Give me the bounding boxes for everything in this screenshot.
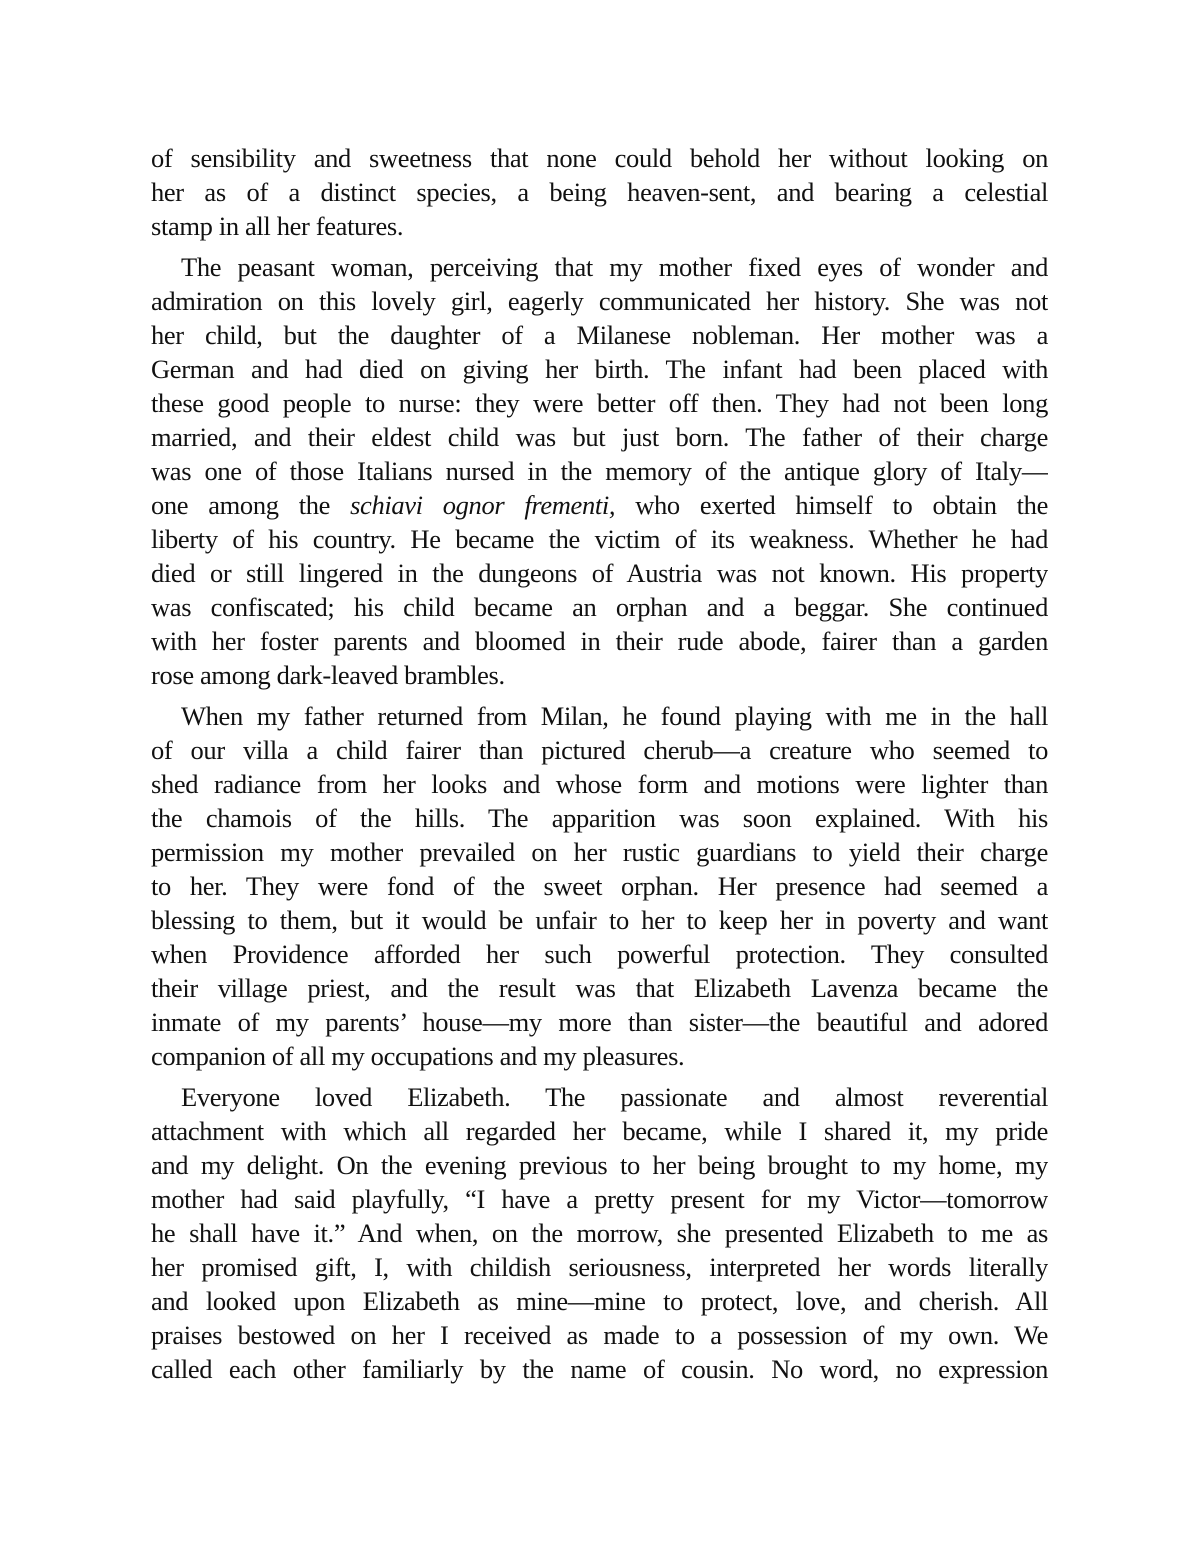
text-line: The peasant woman, perceiving that my mo…	[151, 250, 1048, 284]
text-line: died or still lingered in the dungeons o…	[151, 556, 1048, 590]
text-line: and looked upon Elizabeth as mine—mine t…	[151, 1284, 1048, 1318]
paragraph-2: The peasant woman, perceiving that my mo…	[151, 250, 1048, 692]
text-line: married, and their eldest child was but …	[151, 420, 1048, 454]
text-line: admiration on this lovely girl, eagerly …	[151, 284, 1048, 318]
text-line: her child, but the daughter of a Milanes…	[151, 318, 1048, 352]
text-line: German and had died on giving her birth.…	[151, 352, 1048, 386]
text-line: mother had said playfully, “I have a pre…	[151, 1182, 1048, 1216]
text-line: when Providence afforded her such powerf…	[151, 937, 1048, 971]
text-line: Everyone loved Elizabeth. The passionate…	[151, 1080, 1048, 1114]
text-line: rose among dark-leaved brambles.	[151, 658, 1048, 692]
text-line: to her. They were fond of the sweet orph…	[151, 869, 1048, 903]
text-line: was one of those Italians nursed in the …	[151, 454, 1048, 488]
document-page: of sensibility and sweetness that none c…	[151, 141, 1048, 1393]
text-line: attachment with which all regarded her b…	[151, 1114, 1048, 1148]
text-line: their village priest, and the result was…	[151, 971, 1048, 1005]
text-line: of our villa a child fairer than picture…	[151, 733, 1048, 767]
text-line: shed radiance from her looks and whose f…	[151, 767, 1048, 801]
text-line: blessing to them, but it would be unfair…	[151, 903, 1048, 937]
text-line: her promised gift, I, with childish seri…	[151, 1250, 1048, 1284]
text-line: her as of a distinct species, a being he…	[151, 175, 1048, 209]
text-line: of sensibility and sweetness that none c…	[151, 141, 1048, 175]
text-line: called each other familiarly by the name…	[151, 1352, 1048, 1386]
text-line: he shall have it.” And when, on the morr…	[151, 1216, 1048, 1250]
paragraph-4: Everyone loved Elizabeth. The passionate…	[151, 1080, 1048, 1386]
italic-phrase: schiavi ognor frementi,	[350, 490, 615, 520]
paragraph-3: When my father returned from Milan, he f…	[151, 699, 1048, 1073]
text-line: the chamois of the hills. The apparition…	[151, 801, 1048, 835]
text-line: permission my mother prevailed on her ru…	[151, 835, 1048, 869]
text-line: these good people to nurse: they were be…	[151, 386, 1048, 420]
text-line: When my father returned from Milan, he f…	[151, 699, 1048, 733]
text-line: was confiscated; his child became an orp…	[151, 590, 1048, 624]
text-line: companion of all my occupations and my p…	[151, 1039, 1048, 1073]
text-line: stamp in all her features.	[151, 209, 1048, 243]
text-line: and my delight. On the evening previous …	[151, 1148, 1048, 1182]
text-line: praises bestowed on her I received as ma…	[151, 1318, 1048, 1352]
text-run: who exerted himself to obtain the	[615, 490, 1048, 520]
paragraph-1: of sensibility and sweetness that none c…	[151, 141, 1048, 243]
text-line: liberty of his country. He became the vi…	[151, 522, 1048, 556]
text-run: one among the	[151, 490, 350, 520]
text-line: inmate of my parents’ house—my more than…	[151, 1005, 1048, 1039]
text-line-with-italic: one among the schiavi ognor frementi, wh…	[151, 488, 1048, 522]
text-line: with her foster parents and bloomed in t…	[151, 624, 1048, 658]
